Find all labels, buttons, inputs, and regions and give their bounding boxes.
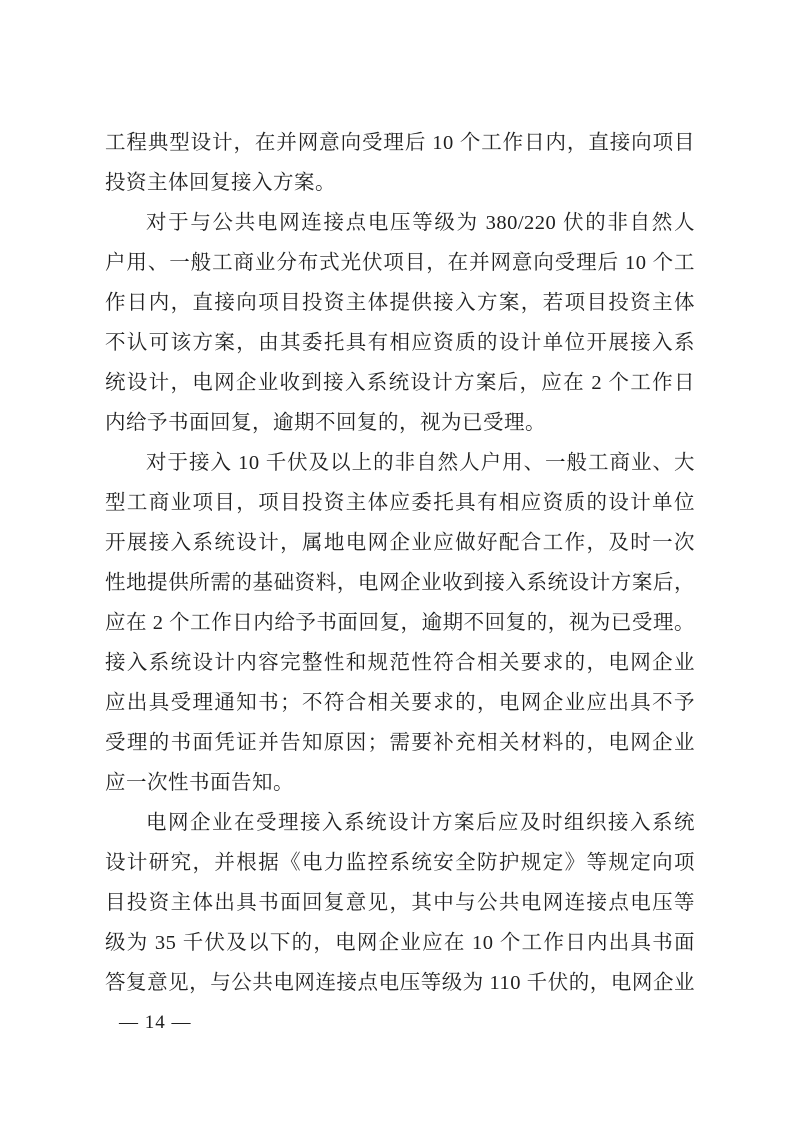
text-line: 答复意见，与公共电网连接点电压等级为 110 千伏的，电网企业 xyxy=(105,963,695,1003)
text-line: 电网企业在受理接入系统设计方案后应及时组织接入系统 xyxy=(105,803,695,843)
text-line: 应一次性书面告知。 xyxy=(105,763,695,803)
document-page: 工程典型设计，在并网意向受理后 10 个工作日内，直接向项目投资主体回复接入方案… xyxy=(0,0,794,1123)
text-line: 目投资主体出具书面回复意见，其中与公共电网连接点电压等 xyxy=(105,883,695,923)
text-line: 对于与公共电网连接点电压等级为 380/220 伏的非自然人 xyxy=(105,203,695,243)
text-line: 内给予书面回复，逾期不回复的，视为已受理。 xyxy=(105,403,695,443)
text-line: 开展接入系统设计，属地电网企业应做好配合工作，及时一次 xyxy=(105,523,695,563)
text-line: 性地提供所需的基础资料，电网企业收到接入系统设计方案后， xyxy=(105,563,695,603)
text-line: 统设计，电网企业收到接入系统设计方案后，应在 2 个工作日 xyxy=(105,363,695,403)
text-line: 接入系统设计内容完整性和规范性符合相关要求的，电网企业 xyxy=(105,643,695,683)
text-line: 应在 2 个工作日内给予书面回复，逾期不回复的，视为已受理。 xyxy=(105,603,695,643)
text-line: 对于接入 10 千伏及以上的非自然人户用、一般工商业、大 xyxy=(105,443,695,483)
text-line: 型工商业项目，项目投资主体应委托具有相应资质的设计单位 xyxy=(105,483,695,523)
text-line: 级为 35 千伏及以下的，电网企业应在 10 个工作日内出具书面 xyxy=(105,923,695,963)
text-line: 设计研究，并根据《电力监控系统安全防护规定》等规定向项 xyxy=(105,843,695,883)
text-block: 工程典型设计，在并网意向受理后 10 个工作日内，直接向项目投资主体回复接入方案… xyxy=(105,123,695,1003)
text-line: 不认可该方案，由其委托具有相应资质的设计单位开展接入系 xyxy=(105,323,695,363)
text-line: 户用、一般工商业分布式光伏项目，在并网意向受理后 10 个工 xyxy=(105,243,695,283)
text-line: 投资主体回复接入方案。 xyxy=(105,163,695,203)
text-line: 工程典型设计，在并网意向受理后 10 个工作日内，直接向项目 xyxy=(105,123,695,163)
text-line: 应出具受理通知书；不符合相关要求的，电网企业应出具不予 xyxy=(105,683,695,723)
page-number: — 14 — xyxy=(119,1012,192,1034)
text-line: 受理的书面凭证并告知原因；需要补充相关材料的，电网企业 xyxy=(105,723,695,763)
text-line: 作日内，直接向项目投资主体提供接入方案，若项目投资主体 xyxy=(105,283,695,323)
